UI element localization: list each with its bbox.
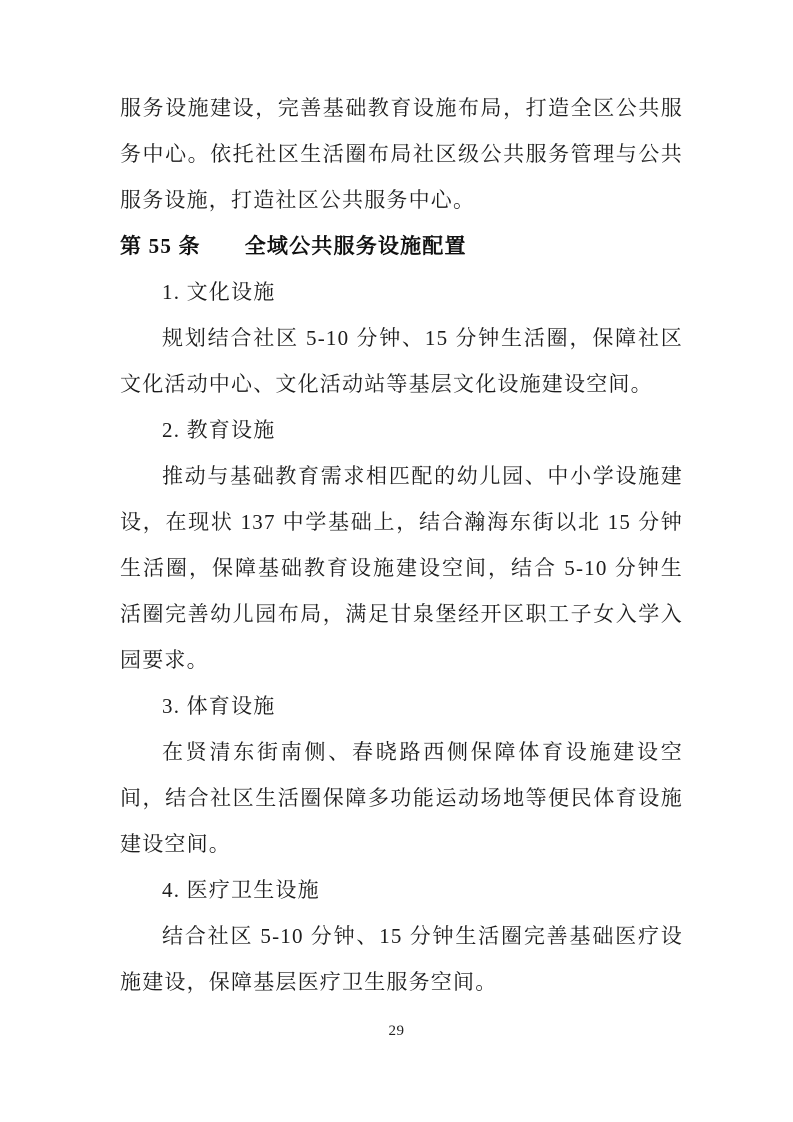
article-heading: 第 55 条全域公共服务设施配置 bbox=[120, 223, 683, 269]
section-heading-medical: 4. 医疗卫生设施 bbox=[120, 867, 683, 913]
document-page: 服务设施建设，完善基础教育设施布局，打造全区公共服务中心。依托社区生活圈布局社区… bbox=[0, 0, 793, 1122]
section-heading-culture: 1. 文化设施 bbox=[120, 269, 683, 315]
section-body-sports: 在贤清东街南侧、春晓路西侧保障体育设施建设空间，结合社区生活圈保障多功能运动场地… bbox=[120, 729, 683, 867]
section-body-culture: 规划结合社区 5-10 分钟、15 分钟生活圈，保障社区文化活动中心、文化活动站… bbox=[120, 315, 683, 407]
article-title: 全域公共服务设施配置 bbox=[245, 223, 467, 269]
section-heading-education: 2. 教育设施 bbox=[120, 407, 683, 453]
continuation-paragraph: 服务设施建设，完善基础教育设施布局，打造全区公共服务中心。依托社区生活圈布局社区… bbox=[120, 85, 683, 223]
article-number: 第 55 条 bbox=[120, 234, 201, 258]
page-content: 服务设施建设，完善基础教育设施布局，打造全区公共服务中心。依托社区生活圈布局社区… bbox=[120, 85, 683, 1005]
section-body-medical: 结合社区 5-10 分钟、15 分钟生活圈完善基础医疗设施建设，保障基层医疗卫生… bbox=[120, 913, 683, 1005]
page-number: 29 bbox=[0, 1023, 793, 1040]
section-heading-sports: 3. 体育设施 bbox=[120, 683, 683, 729]
section-body-education: 推动与基础教育需求相匹配的幼儿园、中小学设施建设，在现状 137 中学基础上，结… bbox=[120, 453, 683, 683]
